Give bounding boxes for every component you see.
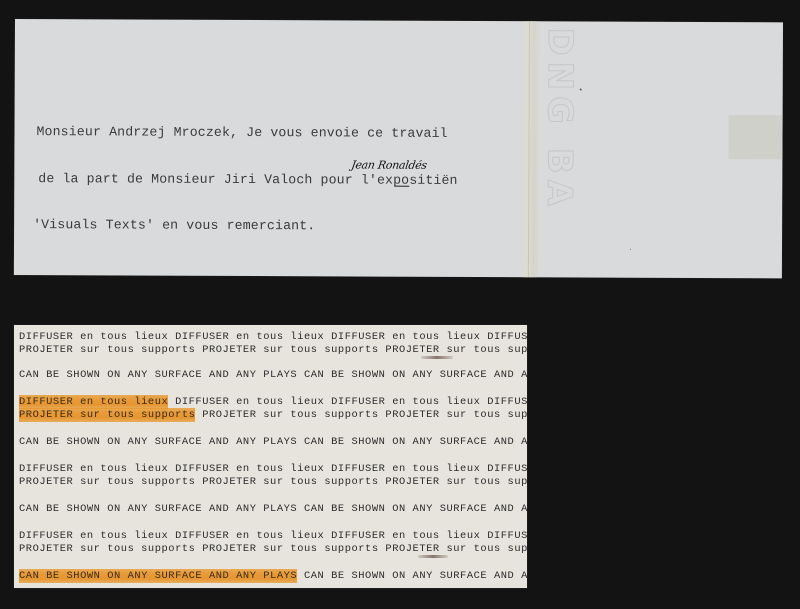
letter-line: Monsieur Andrzej Mroczek, Je vous envoie… xyxy=(36,124,457,141)
typed-row: CAN BE SHOWN ON ANY SURFACE AND ANY PLAY… xyxy=(19,503,527,515)
row-text: DIFFUSER en tous lieux DIFFUSER en tous … xyxy=(19,463,527,475)
row-text: PROJETER sur tous supports PROJETER sur … xyxy=(19,344,527,356)
signature-dash xyxy=(394,186,409,187)
row-text: CAN BE SHOWN ON ANY SURFACE AND ANY PLAY… xyxy=(19,503,527,515)
tape-patch xyxy=(728,115,782,159)
row-text: CAN BE SHOWN ON ANY SURFACE AND ANY PLAY… xyxy=(19,436,527,448)
paper-speck xyxy=(580,88,582,90)
row-text: PROJETER sur tous supports PROJETER sur … xyxy=(195,409,527,421)
typed-row: PROJETER sur tous supports PROJETER sur … xyxy=(19,543,527,555)
handwritten-signature: Jean Ronaldés xyxy=(350,158,427,171)
highlighted-text: PROJETER sur tous supports xyxy=(19,408,195,422)
row-text: DIFFUSER en tous lieux DIFFUSER en tous … xyxy=(168,396,527,408)
stamp-watermark: DNG BA xyxy=(542,27,583,277)
typed-row: PROJETER sur tous supports PROJETER sur … xyxy=(19,409,527,421)
typed-row: DIFFUSER en tous lieux DIFFUSER en tous … xyxy=(19,530,527,542)
row-text: CAN BE SHOWN ON ANY SURFACE AND ANY xyxy=(297,570,527,582)
typed-poem-sheet: DIFFUSER en tous lieux DIFFUSER en tous … xyxy=(14,325,527,588)
row-text: PROJETER sur tous supports PROJETER sur … xyxy=(19,543,527,555)
letter-text: Monsieur Andrzej Mroczek, Je vous envoie… xyxy=(36,93,458,265)
highlighted-text: CAN BE SHOWN ON ANY SURFACE AND ANY PLAY… xyxy=(19,569,297,583)
letter-line: 'Visuals Texts' en vous remerciant. xyxy=(33,217,457,234)
typed-row: PROJETER sur tous supports PROJETER sur … xyxy=(19,344,527,356)
highlighted-text: DIFFUSER en tous lieux xyxy=(19,395,168,409)
typed-row: DIFFUSER en tous lieux DIFFUSER en tous … xyxy=(19,331,527,343)
row-text: CAN BE SHOWN ON ANY SURFACE AND ANY PLAY… xyxy=(19,369,527,381)
row-text: DIFFUSER en tous lieux DIFFUSER en tous … xyxy=(19,530,527,542)
typed-row: DIFFUSER en tous lieux DIFFUSER en tous … xyxy=(19,396,527,408)
typed-row: CAN BE SHOWN ON ANY SURFACE AND ANY PLAY… xyxy=(19,369,527,381)
ink-smudge xyxy=(418,555,448,558)
row-text: PROJETER sur tous supports PROJETER sur … xyxy=(19,476,527,488)
paper-speck xyxy=(630,249,631,250)
typed-row: DIFFUSER en tous lieux DIFFUSER en tous … xyxy=(19,463,527,475)
scanned-document-scene: DNG BA Monsieur Andrzej Mroczek, Je vous… xyxy=(0,0,800,609)
row-text: DIFFUSER en tous lieux DIFFUSER en tous … xyxy=(19,331,527,343)
typed-row: CAN BE SHOWN ON ANY SURFACE AND ANY PLAY… xyxy=(19,436,527,448)
typed-row: PROJETER sur tous supports PROJETER sur … xyxy=(19,476,527,488)
ink-smudge xyxy=(421,356,453,359)
cover-letter: DNG BA Monsieur Andrzej Mroczek, Je vous… xyxy=(14,19,783,278)
typed-row: CAN BE SHOWN ON ANY SURFACE AND ANY PLAY… xyxy=(19,570,527,582)
